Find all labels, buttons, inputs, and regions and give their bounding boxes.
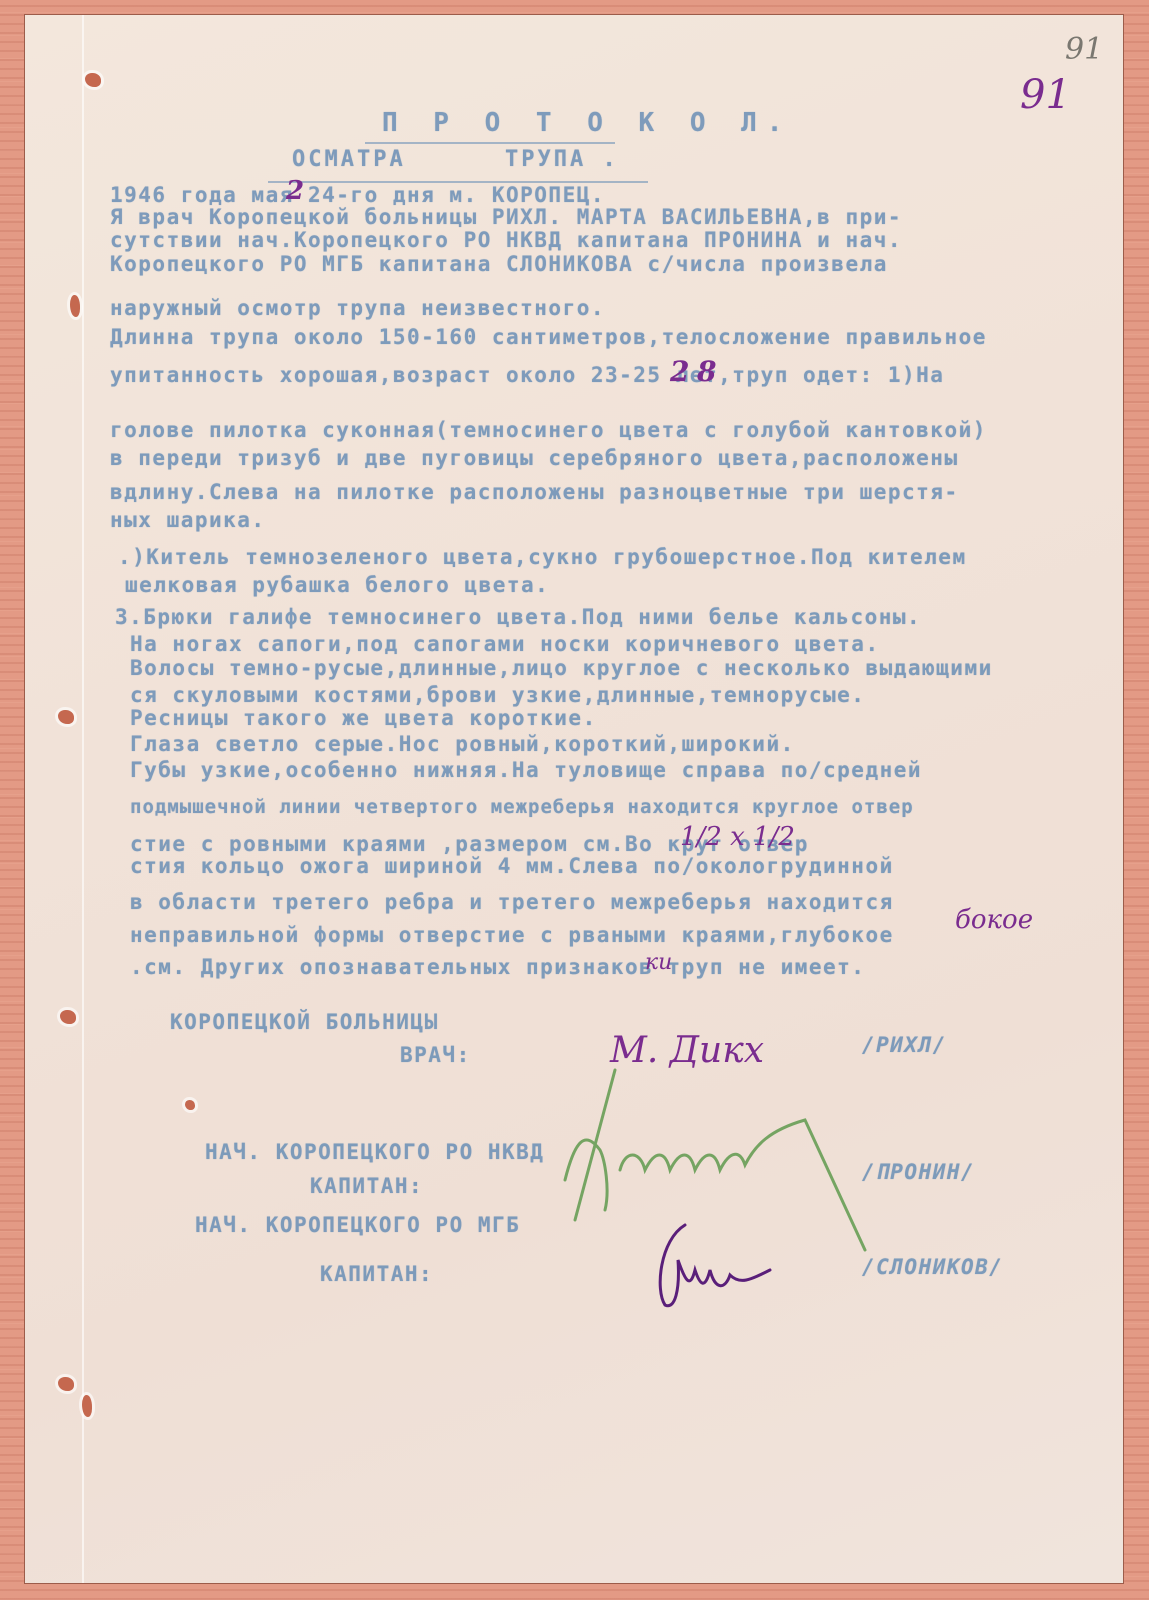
size-annotation: 1/2 x 1/2: [680, 822, 795, 852]
body-line: в переди тризуб и две пуговицы серебряно…: [110, 446, 959, 470]
signature-name-stamp: /СЛОНИКОВ/: [862, 1255, 1003, 1279]
fold-line: [82, 15, 84, 1583]
punch-hole: [60, 1010, 76, 1024]
body-line: .)Китель темнозеленого цвета,сукно грубо…: [118, 545, 967, 569]
signature-role: КОРОПЕЦКОЙ БОЛЬНИЦЫ: [170, 1010, 439, 1034]
page-number-ink: 91: [1020, 72, 1071, 118]
signature-name-stamp: /ПРОНИН/: [862, 1160, 975, 1184]
body-line: .см. Других опознавательных признаков тр…: [130, 955, 865, 979]
punch-hole: [58, 1377, 74, 1391]
body-line: Губы узкие,особенно нижняя.На туловище с…: [130, 758, 922, 782]
punch-hole: [185, 1100, 195, 1110]
signature-purple-scribble: [650, 1220, 790, 1310]
body-line: наружный осмотр трупа неизвестного.: [110, 296, 605, 320]
signature-name-stamp: /РИХЛ/: [862, 1033, 947, 1057]
body-line: Я врач Коропецкой больницы РИХЛ. МАРТА В…: [110, 205, 902, 229]
body-line: подмышечной линии четвертого межреберья …: [130, 796, 914, 818]
body-line: Коропецкого РО МГБ капитана СЛОНИКОВА с/…: [110, 252, 888, 276]
age-correction-1: 2: [670, 355, 689, 388]
age-correction-2: 8: [697, 355, 716, 388]
date-correction: 2: [286, 176, 304, 206]
body-line: Волосы темно-русые,длинные,лицо круглое …: [130, 656, 993, 680]
signature-role-title: ВРАЧ:: [400, 1043, 471, 1067]
body-line: Ресницы такого же цвета короткие.: [130, 706, 597, 730]
signature-role: НАЧ. КОРОПЕЦКОГО РО НКВД: [205, 1140, 544, 1164]
body-line: Длинна трупа около 150-160 сантиметров,т…: [110, 325, 987, 349]
body-line: 3.Брюки галифе темносинего цвета.Под ним…: [115, 605, 921, 629]
body-line: упитанность хорошая,возраст около 23-25 …: [110, 363, 944, 387]
document-title: П Р О Т О К О Л.: [382, 108, 792, 138]
depth-annotation: бокое: [955, 905, 1033, 935]
body-line: стия кольцо ожога шириной 4 мм.Слева по/…: [130, 854, 894, 878]
punch-hole: [82, 1395, 92, 1417]
punch-hole: [58, 710, 74, 724]
punch-hole: [85, 73, 101, 87]
handwritten-insert: ки: [645, 950, 672, 975]
body-line: Глаза светло серые.Нос ровный,короткий,ш…: [130, 732, 795, 756]
body-line: На ногах сапоги,под сапогами носки корич…: [130, 632, 880, 656]
signature-role-title: КАПИТАН:: [310, 1174, 423, 1198]
body-line: ся скуловыми костями,брови узкие,длинные…: [130, 683, 865, 707]
page-number-pencil: 91: [1065, 32, 1103, 67]
body-line: шелковая рубашка белого цвета.: [125, 573, 549, 597]
document-subtitle-left: ОСМАТРА: [292, 147, 406, 172]
body-line: ных шарика.: [110, 508, 266, 532]
body-line: сутствии нач.Коропецкого РО НКВД капитан…: [110, 228, 902, 252]
document-subtitle-right: ТРУПА .: [505, 147, 619, 172]
body-line: вдлину.Слева на пилотке расположены разн…: [110, 480, 959, 504]
body-line: в области третего ребра и третего межреб…: [130, 890, 894, 914]
body-line: неправильной формы отверстие с рваными к…: [130, 923, 894, 947]
title-underline: [365, 142, 615, 144]
punch-hole: [70, 295, 80, 317]
signature-role: НАЧ. КОРОПЕЦКОГО РО МГБ: [195, 1213, 520, 1237]
date-line: 1946 года мая 24-го дня м. КОРОПЕЦ.: [110, 183, 605, 207]
body-line: голове пилотка суконная(темносинего цвет…: [110, 418, 987, 442]
signature-role-title: КАПИТАН:: [320, 1262, 433, 1286]
